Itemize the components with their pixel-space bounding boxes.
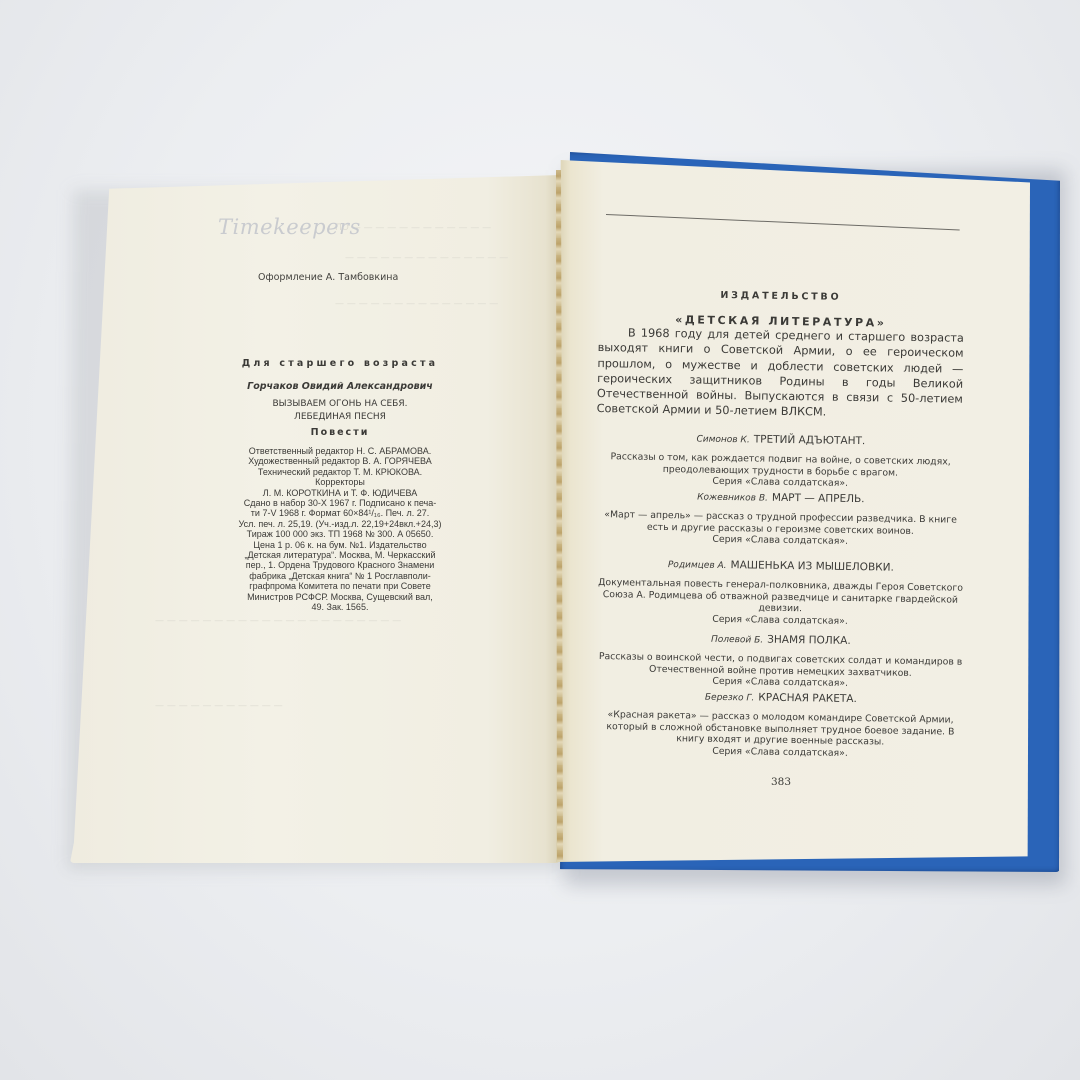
credit-line: Технический редактор Т. М. КРЮКОВА. [215, 467, 465, 477]
catalog-entry: Симонов К.ТРЕТИЙ АДЪЮТАНТ.Рассказы о том… [597, 432, 964, 492]
entry-author: Родимцев А. [668, 560, 727, 571]
entry-description: Документальная повесть генерал-полковник… [597, 577, 964, 618]
credit-line: Сдано в набор 30-X 1967 г. Подписано к п… [215, 498, 465, 508]
entry-title: ЗНАМЯ ПОЛКА. [767, 634, 851, 647]
credit-line: 49. Зак. 1565. [215, 602, 465, 612]
credit-line: Л. М. КОРОТКИНА и Т. Ф. ЮДИЧЕВА [215, 488, 465, 498]
catalog-entry: Кожевников В.МАРТ — АПРЕЛЬ.«Март — апрел… [597, 490, 964, 550]
entry-description: «Красная ракета» — рассказ о молодом ком… [597, 709, 964, 750]
catalog-entry: Березко Г.КРАСНАЯ РАКЕТА.«Красная ракета… [597, 690, 964, 762]
book-titles: ВЫЗЫВАЕМ ОГОНЬ НА СЕБЯ. ЛЕБЕДИНАЯ ПЕСНЯ [215, 398, 465, 424]
credit-line: Цена 1 р. 06 к. на бум. №1. Издательство [215, 540, 465, 550]
credit-line: Тираж 100 000 экз. ТП 1968 № 300. А 0565… [215, 529, 465, 539]
credit-line: Усл. печ. л. 25,19. (Уч.-изд.л. 22,19+24… [215, 519, 465, 529]
credit-line: пер., 1. Ордена Трудового Красного Знаме… [215, 560, 465, 570]
credit-line: ти 7-V 1968 г. Формат 60×84¹/₁₆. Печ. л.… [215, 508, 465, 518]
bleed-through-text: — — — — — — — — — — — [155, 700, 283, 713]
credit-line: Художественный редактор В. А. ГОРЯЧЕВА [215, 456, 465, 466]
entry-title: МАШЕНЬКА ИЗ МЫШЕЛОВКИ. [730, 559, 893, 574]
entry-author: Полевой Б. [711, 635, 763, 646]
entry-title: МАРТ — АПРЕЛЬ. [772, 492, 865, 505]
credit-line: Министров РСФСР. Москва, Сущевский вал, [215, 592, 465, 602]
bleed-through-text: — — — — — — — — — — — — — — [345, 252, 508, 265]
entry-author: Кожевников В. [697, 493, 768, 504]
entry-title: КРАСНАЯ РАКЕТА. [758, 692, 857, 706]
book-title: ВЫЗЫВАЕМ ОГОНЬ НА СЕБЯ. [215, 398, 465, 411]
credit-line: „Детская литература“. Москва, М. Черкасс… [215, 550, 465, 560]
colophon: Для старшего возраста Горчаков Овидий Ал… [215, 358, 465, 613]
age-group: Для старшего возраста [215, 358, 465, 369]
catalog-intro: В 1968 году для детей среднего и старшег… [597, 325, 964, 423]
book-genre: Повести [215, 427, 465, 438]
publication-credits: Ответственный редактор Н. С. АБРАМОВА.Ху… [215, 446, 465, 613]
catalog-entry: Полевой Б.ЗНАМЯ ПОЛКА.Рассказы о воинско… [597, 632, 964, 692]
credit-line: Ответственный редактор Н. С. АБРАМОВА. [215, 446, 465, 456]
entry-author: Симонов К. [696, 435, 749, 446]
entry-title: ТРЕТИЙ АДЪЮТАНТ. [754, 433, 866, 447]
watermark: Timekeepers [218, 215, 361, 239]
designer-credit: Оформление А. Тамбовкина [258, 272, 398, 283]
book-title: ЛЕБЕДИНАЯ ПЕСНЯ [215, 411, 465, 424]
bleed-through-text: — — — — — — — — — — — — — — — — — — — — … [155, 615, 401, 628]
credit-line: Корректоры [215, 477, 465, 487]
book-author: Горчаков Овидий Александрович [215, 381, 465, 392]
catalog-entry: Родимцев А.МАШЕНЬКА ИЗ МЫШЕЛОВКИ.Докумен… [597, 558, 964, 630]
page-number: 383 [771, 776, 791, 788]
bleed-through-text: — — — — — — — — — — — — — — [335, 298, 498, 311]
entry-author: Березко Г. [705, 693, 755, 704]
credit-line: фабрика „Детская книга“ № 1 Росглавполи- [215, 571, 465, 581]
credit-line: графпрома Комитета по печати при Совете [215, 581, 465, 591]
